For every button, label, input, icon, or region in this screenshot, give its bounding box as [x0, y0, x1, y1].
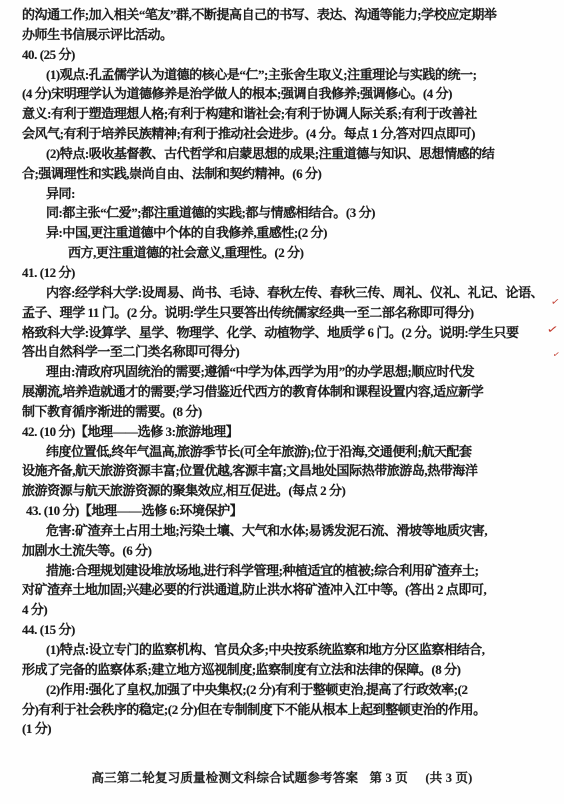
footer-page-number: 第 3 页 — [369, 768, 408, 786]
footer-page-total: (共 3 页) — [425, 768, 472, 786]
answer-line: 西方,更注重道德的社会意义,重理性。(2 分) — [22, 243, 548, 263]
answer-line: 展潮流,培养造就通才的需要;学习借鉴近代西方的教育体制和课程设置内容,适应新学 — [22, 382, 548, 402]
footer-document-title: 高三第二轮复习质量检测文科综合试题参考答案 — [91, 768, 358, 786]
question-44-number: 44. (15 分) — [22, 620, 548, 640]
answer-line: 答出自然科学一至二门类名称即可得分) — [22, 342, 548, 362]
question-43-header: 43. (10 分)【地理——选修 6:环境保护】 — [22, 501, 548, 521]
answer-line: 会风气;有利于培养民族精神;有利于推动社会进步。(4 分。每点 1 分,答对四点… — [22, 124, 548, 144]
answer-line: 制下教育循序渐进的需要。(8 分) — [22, 402, 548, 422]
answer-line: 同:都主张“仁爱”;都注重道德的实践;都与情感相结合。(3 分) — [22, 203, 548, 223]
answer-line: 内容:经学科大学:设周易、尚书、毛诗、春秋左传、春秋三传、周礼、仪礼、礼记、论语… — [22, 283, 548, 303]
answer-line: 合;强调理性和实践,崇尚自由、法制和契约精神。(6 分) — [22, 164, 548, 184]
answer-line: 纬度位置低,终年气温高,旅游季节长(可全年旅游);位于沿海,交通便利;航天配套 — [22, 442, 548, 462]
answer-line: 加剧水土流失等。(6 分) — [22, 541, 548, 561]
answer-line: (1)观点:孔孟儒学认为道德的核心是“仁”;主张舍生取义;注重理论与实践的统一; — [22, 65, 548, 85]
carryover-answer-line: 的沟通工作;加入相关“笔友”群,不断提高自己的书写、表达、沟通等能力;学校应定期… — [22, 5, 548, 25]
answer-line: (1 分) — [22, 719, 548, 739]
question-42-header: 42. (10 分)【地理——选修 3:旅游地理】 — [22, 422, 548, 442]
question-40-number: 40. (25 分) — [22, 45, 548, 65]
answer-line: (2)特点:吸收基督教、古代哲学和启蒙思想的成果;注重道德与知识、思想情感的结 — [22, 144, 548, 164]
answer-text-block: 的沟通工作;加入相关“笔友”群,不断提高自己的书写、表达、沟通等能力;学校应定期… — [22, 5, 548, 739]
answer-line: 分)有利于社会秩序的稳定;(2 分)但在专制制度下不能从根本上起到整顿吏治的作用… — [22, 700, 548, 720]
answer-line: 措施:合理规划建设堆放场地,进行科学管理;种植适宜的植被;综合利用矿渣弃土; — [22, 561, 548, 581]
answer-line: 4 分) — [22, 600, 548, 620]
answer-line: (2)作用:强化了皇权,加强了中央集权;(2 分)有利于整顿吏治,提高了行政效率… — [22, 680, 548, 700]
answer-line: 对矿渣弃土地加固;兴建必要的行洪通道,防止洪水将矿渣冲入江中等。(答出 2 点即… — [22, 580, 548, 600]
red-check-mark-icon: ✓ — [550, 296, 560, 308]
answer-line: 格致科大学:设算学、星学、物理学、化学、动植物学、地质学 6 门。(2 分。说明… — [22, 323, 548, 343]
answer-line: 孟子、理学 11 门。(2 分。说明:学生只要答出传统儒家经典一至二部名称即可得… — [22, 303, 548, 323]
answer-line: 意义:有利于塑造理想人格;有利于构建和谐社会;有利于协调人际关系;有利于改善社 — [22, 104, 548, 124]
answer-line: 形成了完备的监察体系;建立地方巡视制度;监察制度有立法和法律的保障。(8 分) — [22, 660, 548, 680]
question-41-number: 41. (12 分) — [22, 263, 548, 283]
answer-line: 危害:矿渣弃土占用土地;污染土壤、大气和水体;易诱发泥石流、滑坡等地质灾害, — [22, 521, 548, 541]
answer-line: 旅游资源与航天旅游资源的聚集效应,相互促进。(每点 2 分) — [22, 481, 548, 501]
scanned-answer-key-page: 的沟通工作;加入相关“笔友”群,不断提高自己的书写、表达、沟通等能力;学校应定期… — [0, 0, 564, 804]
answer-line: (1)特点:设立专门的监察机构、官员众多;中央按系统监察和地方分区监察相结合, — [22, 640, 548, 660]
answer-line: 异:中国,更注重道德中个体的自我修养,重感性;(2 分) — [22, 223, 548, 243]
page-footer: 高三第二轮复习质量检测文科综合试题参考答案 第 3 页 (共 3 页) — [0, 768, 564, 786]
carryover-answer-line: 办师生书信展示评比活动。 — [22, 25, 548, 45]
answer-line: 异同: — [22, 184, 548, 204]
red-check-mark-icon: ✓ — [552, 349, 560, 359]
answer-line: 理由:清政府巩固统治的需要;遵循“中学为体,西学为用”的办学思想;顺应时代发 — [22, 362, 548, 382]
answer-line: (4 分)宋明理学认为道德修养是治学做人的根本;强调自我修养;强调修心。(4 分… — [22, 84, 548, 104]
answer-line: 设施齐备,航天旅游资源丰富;位置优越,客源丰富;文昌地处国际热带旅游岛,热带海洋 — [22, 461, 548, 481]
